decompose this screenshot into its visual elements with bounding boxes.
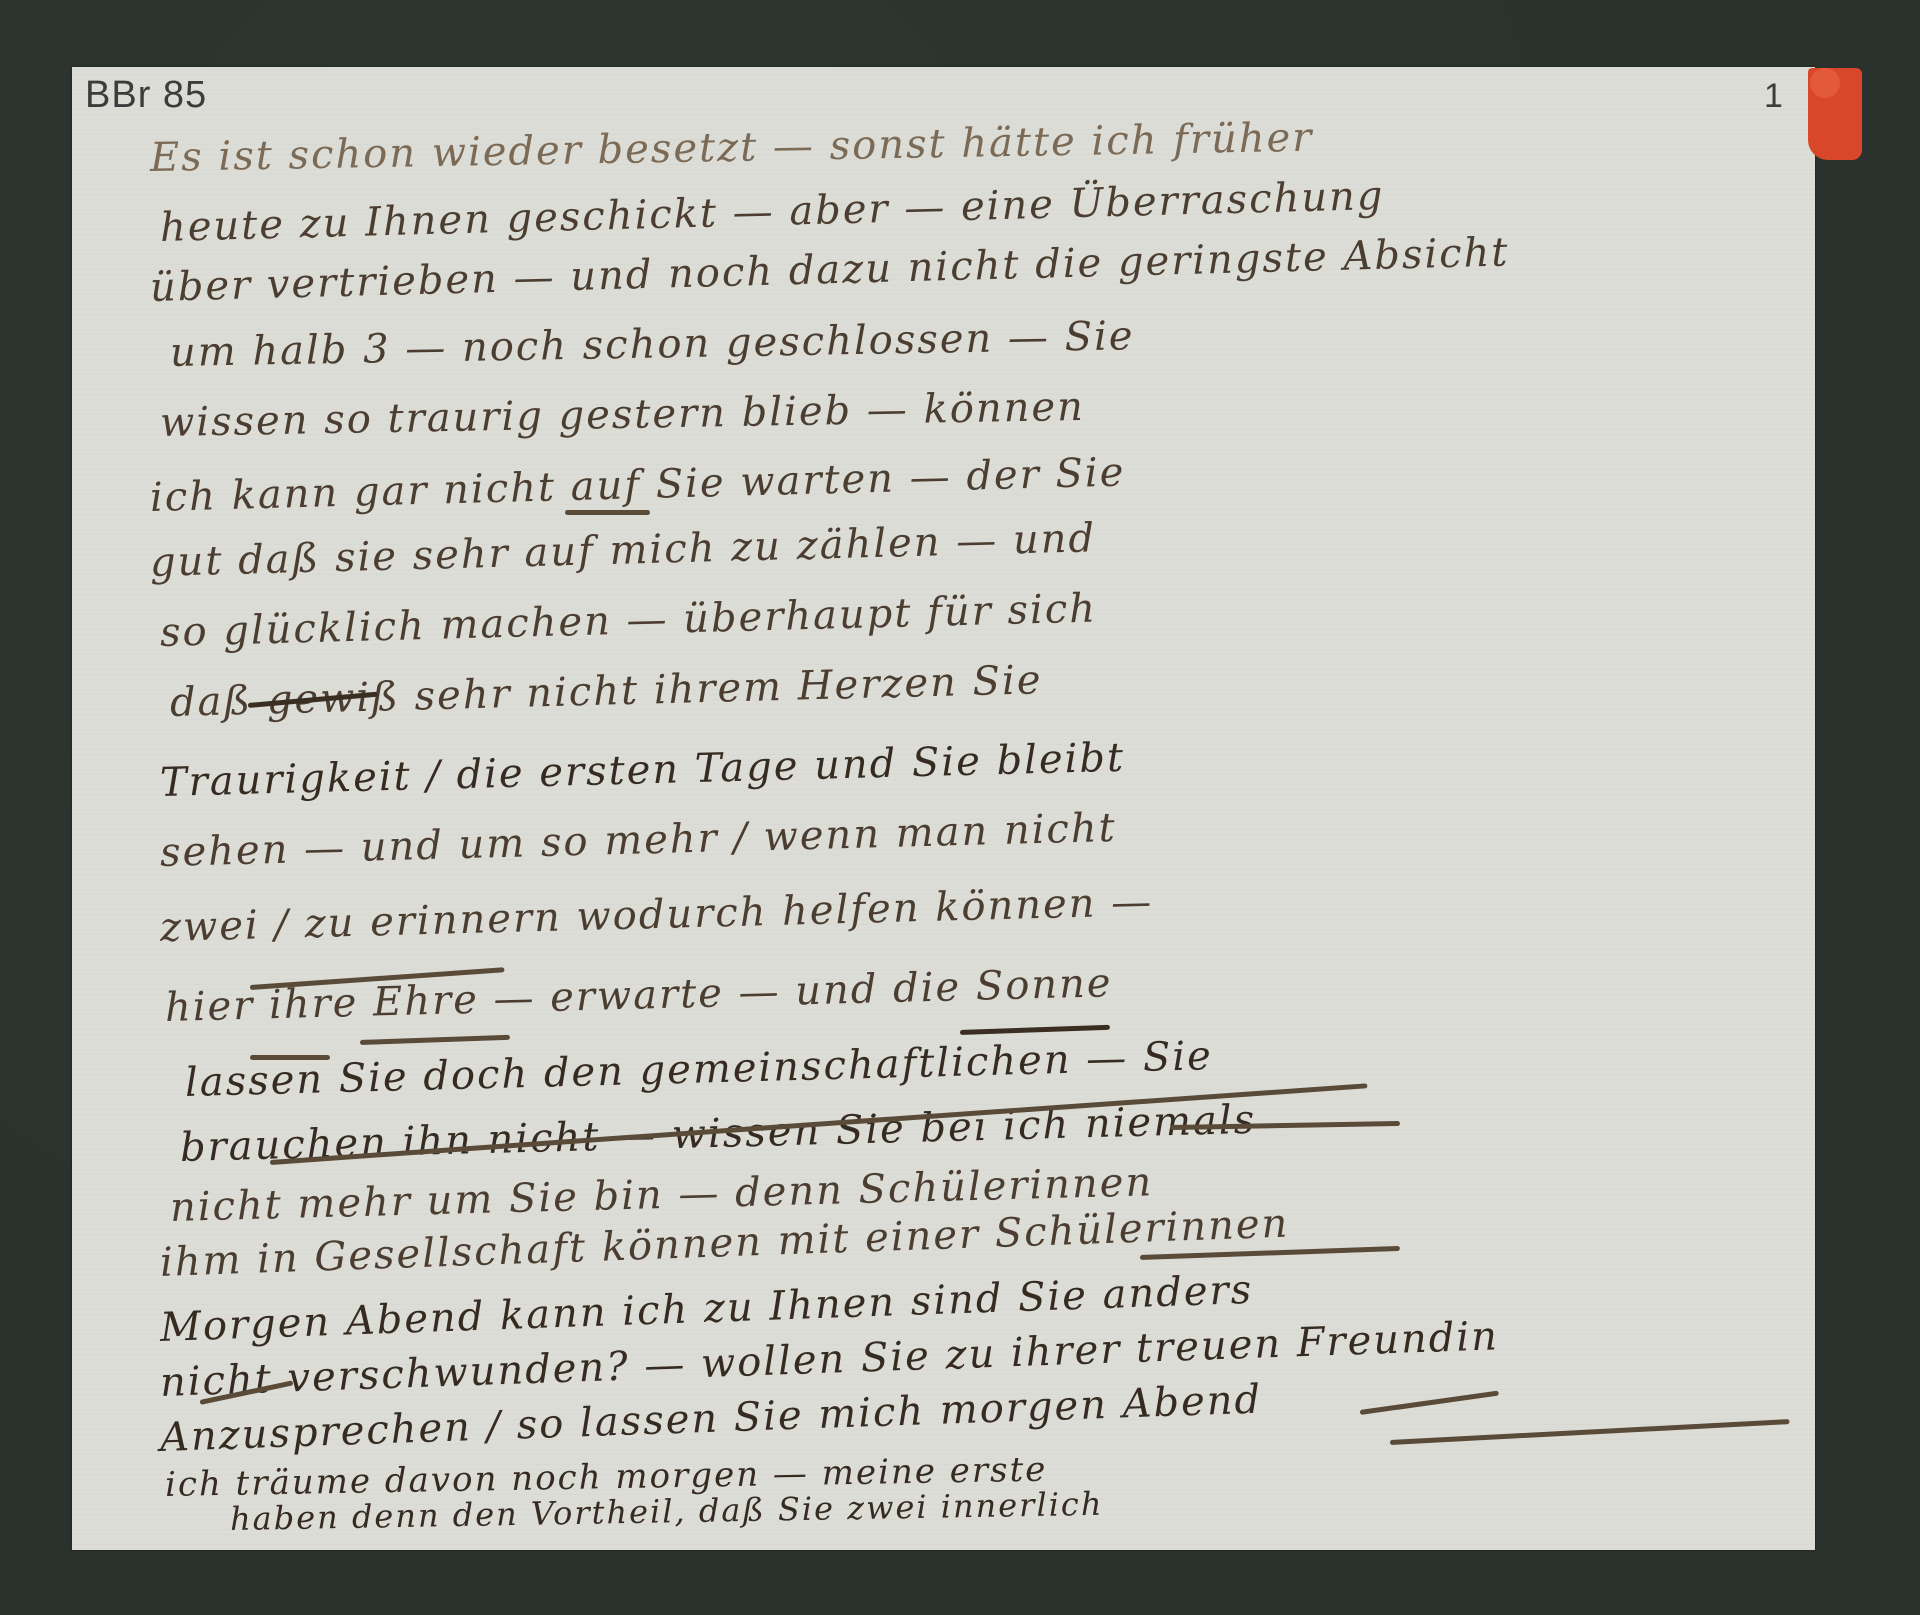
archive-shelfmark: BBr 85	[85, 74, 207, 117]
folio-number: 1	[1764, 77, 1783, 116]
underline-stroke	[250, 1055, 330, 1060]
red-wax-seal-fragment	[1810, 68, 1840, 98]
underline-stroke	[565, 510, 650, 515]
